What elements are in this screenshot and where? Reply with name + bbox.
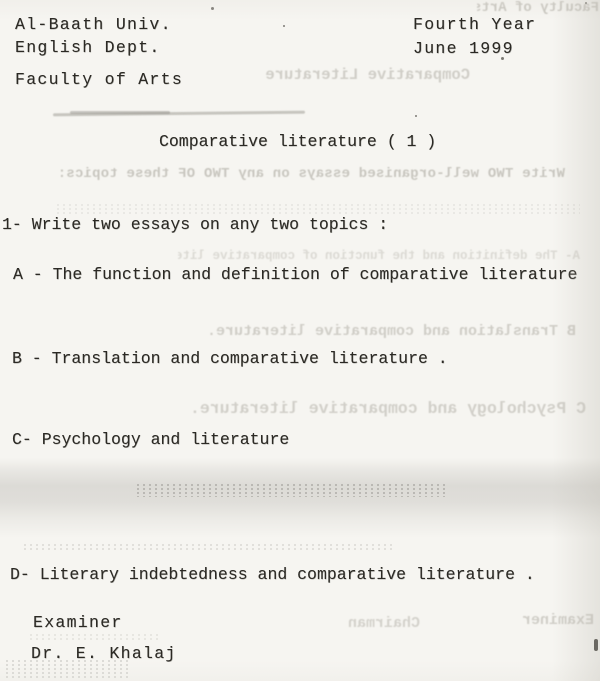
bleedthrough-rule-dark bbox=[70, 111, 170, 114]
bleedthrough-topic-a: A- The definition and the function of co… bbox=[178, 249, 580, 263]
instruction-line: 1- Write two essays on any two topics : bbox=[2, 215, 388, 234]
topic-d: D- Literary indebtedness and comparative… bbox=[10, 565, 535, 584]
bleedthrough-examiner: Examiner bbox=[496, 612, 594, 629]
exam-title: Comparative literature ( 1 ) bbox=[159, 132, 436, 151]
topic-c: C- Psychology and literature bbox=[12, 430, 289, 449]
bleedthrough-chairman: Chairman bbox=[320, 615, 420, 632]
topic-a: A - The function and definition of compa… bbox=[13, 265, 577, 284]
scan-noise-row2 bbox=[22, 543, 392, 552]
scan-speck bbox=[211, 7, 214, 10]
year-label: Fourth Year bbox=[413, 15, 536, 34]
bleedthrough-topic-c: C Psychology and comparative literature. bbox=[166, 399, 586, 418]
university-name: Al-Baath Univ. bbox=[15, 15, 172, 34]
scan-edge-mark bbox=[594, 639, 598, 651]
topic-b: B - Translation and comparative literatu… bbox=[12, 349, 448, 368]
bleedthrough-title: Comparative Literature bbox=[252, 66, 470, 84]
bleedthrough-topic-b: B Translation and comparative literature… bbox=[198, 323, 576, 340]
scan-noise-band bbox=[135, 483, 445, 497]
faculty-name: Faculty of Arts bbox=[15, 70, 183, 89]
bleedthrough-instruction: Write TWO well-organised essays on any T… bbox=[53, 166, 565, 182]
scan-speck bbox=[283, 25, 285, 27]
scan-speck bbox=[585, 2, 587, 4]
exam-paper-scan: Faculty of Arts Comparative Literature W… bbox=[0, 0, 600, 681]
scan-speck bbox=[415, 115, 417, 117]
examiner-name: Dr. E. Khalaj bbox=[31, 644, 177, 663]
date-label: June 1999 bbox=[413, 39, 514, 58]
examiner-label: Examiner bbox=[33, 613, 123, 632]
department-name: English Dept. bbox=[15, 38, 161, 57]
bleedthrough-faculty: Faculty of Arts bbox=[477, 0, 599, 16]
scan-noise-signature bbox=[28, 633, 158, 642]
scan-fold-shadow bbox=[0, 458, 600, 538]
scan-noise-row bbox=[55, 203, 580, 215]
